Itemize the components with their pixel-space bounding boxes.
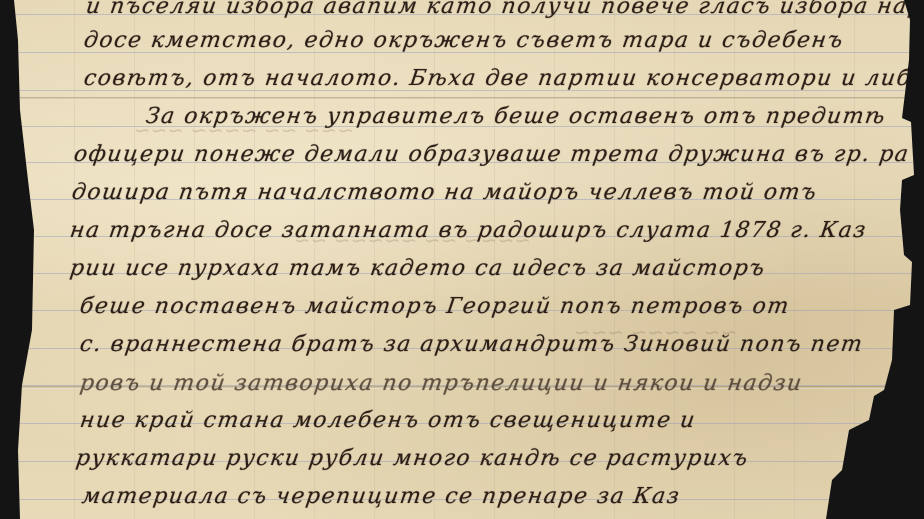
manuscript-line-9: беше поставенъ майсторъ Георгий попъ пет… bbox=[78, 294, 791, 319]
manuscript-line-8: рии исе пурхаха тамъ кадето са идесъ за … bbox=[68, 256, 767, 281]
manuscript-line-2: досе кметство, едно окръженъ съветъ тара… bbox=[82, 28, 845, 53]
manuscript-line-13: руккатари руски рубли много кандѣ се рас… bbox=[74, 446, 750, 471]
manuscript-line-12: ние край стана молебенъ отъ свещениците … bbox=[78, 408, 697, 433]
manuscript-line-1: и пъселяй избора авапим като получи пове… bbox=[84, 0, 924, 19]
manuscript-line-4: За окръженъ управителъ беше оставенъ отъ… bbox=[144, 104, 888, 129]
paper-sheet: ~~~ ~~ ~~~~ ~~~ ~~~~ ~~ ~~~~~ ~~ ~~ ~~~~… bbox=[14, 0, 914, 519]
manuscript-line-11: ровъ и той затвориха по тръпелиции и няк… bbox=[78, 371, 804, 396]
manuscript-line-5: офицери понеже демали образуваше трета д… bbox=[72, 142, 911, 167]
paper-fold bbox=[14, 97, 914, 100]
document-scan: ~~~ ~~ ~~~~ ~~~ ~~~~ ~~ ~~~~~ ~~ ~~ ~~~~… bbox=[0, 0, 924, 519]
manuscript-line-14: материала съ черепиците се пренаре за Ка… bbox=[80, 484, 682, 509]
manuscript-line-6: дошира пътя началството на майоръ челлев… bbox=[70, 180, 819, 205]
manuscript-line-7: на тръгна досе затапната въ радоширъ слу… bbox=[68, 218, 868, 243]
manuscript-line-10: с. враннестена братъ за архимандритъ Зин… bbox=[78, 332, 865, 357]
manuscript-line-3: совѣтъ, отъ началото. Бѣха две партии ко… bbox=[82, 66, 924, 91]
